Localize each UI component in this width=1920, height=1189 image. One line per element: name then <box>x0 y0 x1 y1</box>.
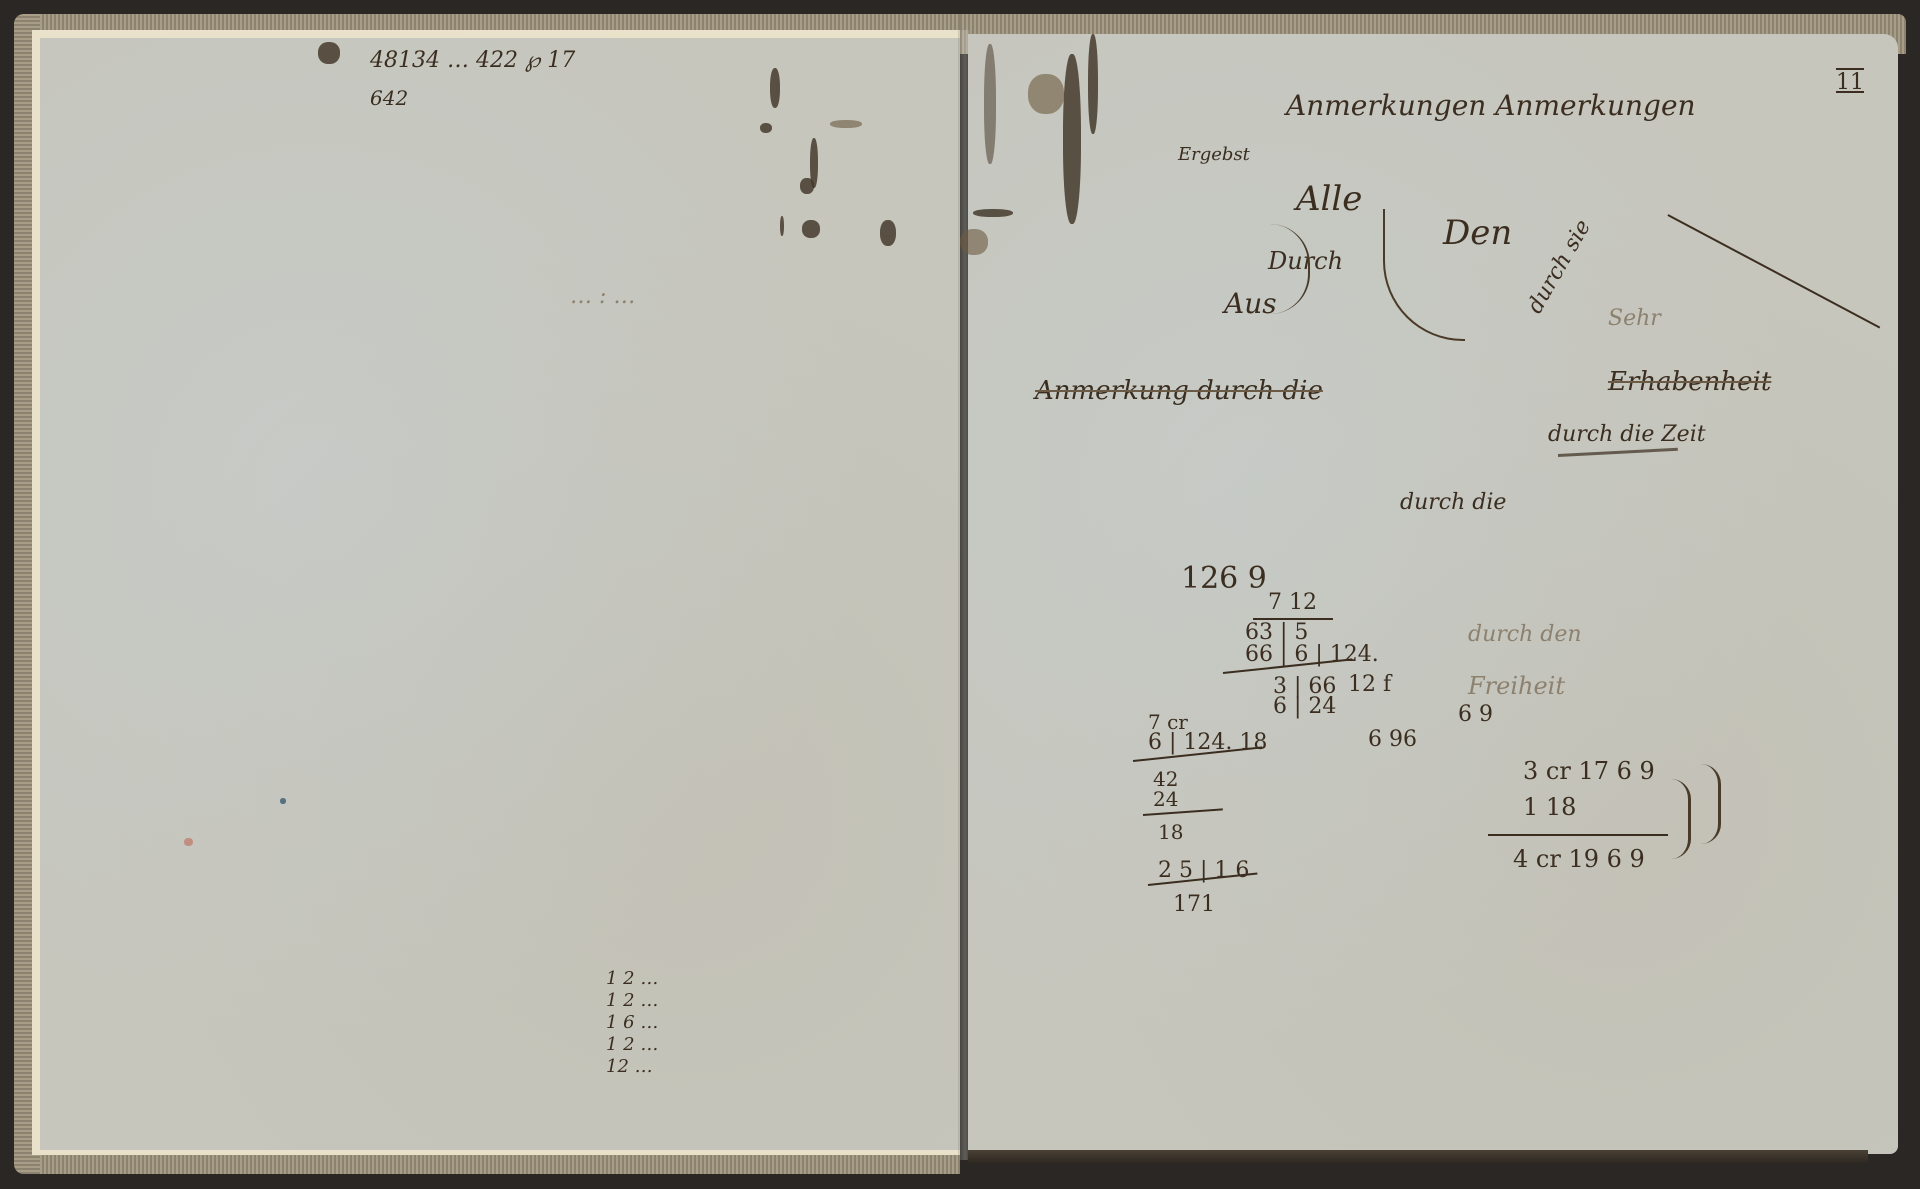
ink-blot <box>984 44 996 164</box>
pen-flourish <box>1668 214 1881 328</box>
page-heading: Anmerkungen Anmerkungen <box>1286 92 1696 120</box>
word-durch-die-1: durch die <box>1400 492 1506 514</box>
crossed-word: Erhabenheit <box>1608 369 1771 395</box>
crossed-anmerkung: Anmerkung durch die <box>1035 378 1323 404</box>
sum-block: 3 cr 17 6 9 1 18 4 cr 19 6 9 <box>1513 759 1813 889</box>
blue-ink-dot <box>280 798 286 804</box>
calculation-right: 12 f 6 9 6 96 <box>1338 674 1498 794</box>
word-sehr: Sehr <box>1608 308 1661 330</box>
left-page: 48134 … 422 ℘ 17 642 … : … 1 2 … 1 2 … 1… <box>40 38 960 1150</box>
ink-blot <box>1028 74 1064 114</box>
left-top-line: 48134 … 422 ℘ 17 <box>370 50 575 72</box>
ink-blot <box>318 42 340 64</box>
ink-blot <box>800 178 814 194</box>
word-durch-die-zeit: durch die Zeit <box>1548 424 1706 446</box>
word-alle: Alle <box>1296 182 1362 216</box>
ink-blot <box>880 220 896 246</box>
left-faint-line: … : … <box>570 286 635 308</box>
left-top-subline: 642 <box>370 88 408 108</box>
word-durch-den: durch den <box>1468 624 1582 646</box>
ink-blot <box>830 120 862 128</box>
page-edge <box>968 1150 1868 1164</box>
ink-blot <box>770 68 780 108</box>
word-ergebst: Ergebst <box>1178 146 1250 164</box>
ink-blot <box>760 123 772 133</box>
red-ink-dot <box>184 838 193 846</box>
ink-blot <box>973 209 1013 217</box>
ink-blot <box>960 229 988 255</box>
pen-flourish <box>1383 209 1465 341</box>
ink-blot <box>802 220 820 238</box>
bracket <box>1668 779 1691 859</box>
folio-number: 11 <box>1836 72 1864 94</box>
word-durch-sie: durch sie <box>1524 217 1595 318</box>
bracket <box>1698 764 1721 844</box>
ink-blot <box>780 216 784 236</box>
left-bottom-column: 1 2 … 1 2 … 1 6 … 1 2 … 12 … <box>606 970 658 1076</box>
ink-blot <box>1063 54 1081 224</box>
pen-flourish <box>1268 224 1310 314</box>
ink-blot <box>1088 34 1098 134</box>
strike-line <box>1558 448 1678 457</box>
right-page: 11 Anmerkungen Anmerkungen Ergebst Alle … <box>968 34 1898 1154</box>
